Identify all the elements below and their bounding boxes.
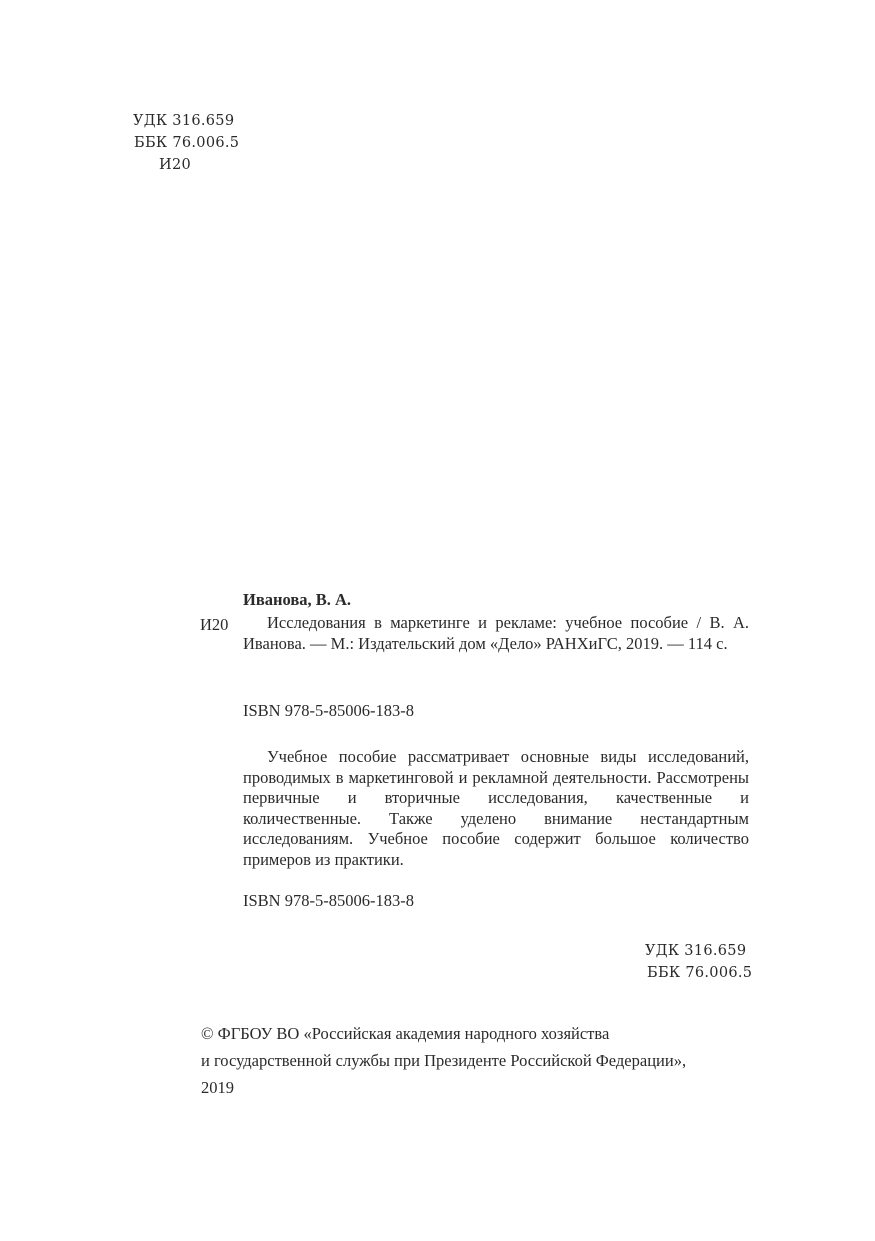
copyright-notice: © ФГБОУ ВО «Российская академия народног… (201, 1020, 761, 1101)
udk-code-bottom: УДК 316.659 (645, 940, 752, 962)
copyright-line-1: © ФГБОУ ВО «Российская академия народног… (201, 1020, 761, 1047)
bibliographic-text: Исследования в маркетинге и рекламе: уче… (243, 613, 749, 653)
isbn-first: ISBN 978-5-85006-183-8 (243, 701, 414, 721)
bibliographic-description: Исследования в маркетинге и рекламе: уче… (243, 613, 749, 654)
isbn-second: ISBN 978-5-85006-183-8 (243, 891, 414, 911)
classification-codes-top: УДК 316.659 ББК 76.006.5 И20 (133, 110, 239, 176)
udk-code: УДК 316.659 (133, 110, 239, 132)
author-name: Иванова, В. А. (243, 590, 351, 610)
abstract: Учебное пособие рассматривает основные в… (243, 747, 749, 870)
bbk-code: ББК 76.006.5 (134, 132, 239, 154)
classification-codes-bottom: УДК 316.659 ББК 76.006.5 (645, 940, 752, 984)
record-author-sign: И20 (200, 615, 228, 635)
copyright-line-2: и государственной службы при Президенте … (201, 1047, 761, 1074)
bbk-code-bottom: ББК 76.006.5 (647, 962, 752, 984)
copyright-year: 2019 (201, 1074, 761, 1101)
abstract-text: Учебное пособие рассматривает основные в… (243, 747, 749, 869)
author-sign: И20 (159, 154, 239, 176)
